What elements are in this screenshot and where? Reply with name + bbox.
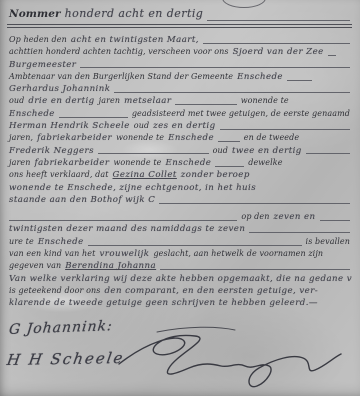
document-line: Gerhardus Johannink xyxy=(7,83,352,95)
handwritten-text: Burgemeester xyxy=(7,59,78,71)
printed-text: is geteekend door ons xyxy=(7,285,102,297)
document-line: ons heeft verklaard, datGezina Colletzon… xyxy=(7,169,352,181)
printed-text: wonende te xyxy=(114,132,166,144)
ruled-blank xyxy=(215,163,244,167)
printed-text: oud xyxy=(7,95,26,107)
ruled-blank xyxy=(220,126,350,130)
handwritten-text: Enschede xyxy=(166,132,216,144)
handwritten-text: Gerhardus Johannink xyxy=(7,83,112,95)
printed-text: geslacht, aan hetwelk de voornamen zijn xyxy=(151,248,325,260)
burgemeester-signature-flourish-icon xyxy=(117,324,347,394)
handwritten-text: zes en dertig xyxy=(151,120,217,132)
document-line: Frederik Neggersoudtwee en dertig xyxy=(7,145,352,157)
handwritten-text: metselaar xyxy=(122,95,173,107)
handwritten-text: Enschede xyxy=(7,108,57,120)
document-line: Op heden denacht en twintigsten Maart, xyxy=(7,34,352,46)
printed-text: Op heden den xyxy=(7,34,69,46)
document-line: Herman Hendrik Scheeleoudzes en dertig xyxy=(7,120,352,132)
printed-text: jaren, xyxy=(7,132,35,144)
ruled-blank xyxy=(80,64,350,68)
handwritten-text: Van welke verklaring wij deze akte hebbe… xyxy=(7,273,352,285)
document-line: is geteekend door onsden comparant, en d… xyxy=(7,285,352,297)
ruled-blank xyxy=(306,150,350,154)
printed-text: oud xyxy=(211,145,230,157)
ruled-blank xyxy=(114,89,350,93)
printed-text: van een kind van het xyxy=(7,248,97,260)
handwritten-text: Enschede xyxy=(235,71,285,83)
document-line: wonende te Enschede, zijne echtgenoot, i… xyxy=(7,182,352,194)
document-line: ouddrie en dertigjarenmetselaarwonende t… xyxy=(7,95,352,107)
ruled-blank xyxy=(159,200,350,204)
document-line: Van welke verklaring wij deze akte hebbe… xyxy=(7,273,352,285)
printed-text: en de tweede xyxy=(242,132,301,144)
printed-text: oud xyxy=(132,120,151,132)
printed-text: jaren xyxy=(97,95,122,107)
handwritten-text: zeven en xyxy=(272,211,318,223)
ruled-blank xyxy=(320,217,350,221)
document-line: klarende de tweede getuige geen schrijve… xyxy=(7,297,352,309)
printed-text: jaren xyxy=(7,157,32,169)
ruled-blank xyxy=(249,229,350,233)
handwritten-text: zonder beroep xyxy=(179,169,252,181)
handwritten-text: Gezina Collet xyxy=(111,169,179,181)
signature-scheele: H H Scheele xyxy=(6,348,126,368)
nommer-label: Nommer xyxy=(7,5,63,23)
ruled-blank xyxy=(88,242,302,246)
handwritten-text: Enschede xyxy=(36,236,86,248)
handwritten-text: klarende de tweede getuige geen schrijve… xyxy=(7,297,320,309)
printed-text: is bevallen xyxy=(304,236,352,248)
handwritten-text: Sjoerd van der Zee xyxy=(231,46,326,58)
ruled-blank xyxy=(328,52,336,56)
ruled-blank xyxy=(98,150,209,154)
printed-text: Ambtenaar van den Burgerlijken Stand der… xyxy=(7,71,235,83)
handwritten-text: twee en dertig xyxy=(230,145,304,157)
printed-text: ons heeft verklaard, dat xyxy=(7,169,111,181)
document-line: achttien honderd achten tachtig, versche… xyxy=(7,46,352,58)
printed-text: op den xyxy=(239,211,271,223)
scanned-birth-record: Nommer honderd acht en dertig Op heden d… xyxy=(0,0,360,396)
handwritten-text: fabriekarbeider xyxy=(35,132,114,144)
document-line: Burgemeester xyxy=(7,59,352,71)
ruled-blank xyxy=(287,77,312,81)
handwritten-text: vrouwelijk xyxy=(97,248,151,260)
handwritten-text: acht en twintigsten Maart, xyxy=(69,34,201,46)
handwritten-text: den comparant, en den eersten getuige, v… xyxy=(102,285,320,297)
document-line: Enschedegeadsisteerd met twee getuigen, … xyxy=(7,108,352,120)
document-line: staande aan den Bothof wijk C xyxy=(7,194,352,206)
document-line: op denzeven en xyxy=(7,211,352,223)
ruled-blank xyxy=(9,217,237,221)
handwritten-text: wonende te Enschede, zijne echtgenoot, i… xyxy=(7,182,258,194)
handwritten-text: Enschede xyxy=(164,157,214,169)
document-line: jaren,fabriekarbeiderwonende teEnschedee… xyxy=(7,132,352,144)
printed-text: dewelke xyxy=(246,157,284,169)
document-line: Ambtenaar van den Burgerlijken Stand der… xyxy=(7,71,352,83)
document-line: van een kind van hetvrouwelijkgeslacht, … xyxy=(7,248,352,260)
ruled-blank xyxy=(218,138,240,142)
ruled-blank xyxy=(160,266,350,270)
printed-text: achttien honderd achten tachtig, versche… xyxy=(7,46,231,58)
handwritten-text: drie en dertig xyxy=(26,95,96,107)
document-line: twintigsten dezer maand des namiddags te… xyxy=(7,223,352,235)
ruled-blank xyxy=(207,17,350,21)
ruled-blank xyxy=(203,40,350,44)
document-line: gegeven vanBerendina Johanna xyxy=(7,260,352,272)
handwritten-text: staande aan den Bothof wijk C xyxy=(7,194,157,206)
signature-johannink: G Johannink: xyxy=(8,318,113,338)
handwritten-text: fabriekarbeider xyxy=(32,157,111,169)
handwritten-text: Frederik Neggers xyxy=(7,145,96,157)
ruled-blank xyxy=(59,114,128,118)
signatures-block: G Johannink: H H Scheele xyxy=(7,314,352,396)
ruled-blank xyxy=(175,101,236,105)
printed-text: wonende te xyxy=(111,157,163,169)
printed-text: gegeven van xyxy=(7,260,63,272)
handwritten-text: Herman Hendrik Scheele xyxy=(7,120,132,132)
handwritten-text: Berendina Johanna xyxy=(63,260,158,272)
printed-text: ure te xyxy=(7,236,36,248)
document-body: Op heden denacht en twintigsten Maart,ac… xyxy=(7,34,352,310)
printed-text: wonende te xyxy=(239,95,291,107)
nommer-value: honderd acht en dertig xyxy=(63,5,206,23)
document-line: ure teEnschedeis bevallen xyxy=(7,236,352,248)
document-line: jarenfabriekarbeiderwonende teEnschedede… xyxy=(7,157,352,169)
printed-text: geadsisteerd met twee getuigen, de eerst… xyxy=(130,108,352,120)
nommer-line: Nommer honderd acht en dertig xyxy=(7,5,352,23)
handwritten-text: twintigsten dezer maand des namiddags te… xyxy=(7,223,247,235)
double-rule-divider xyxy=(7,24,352,28)
